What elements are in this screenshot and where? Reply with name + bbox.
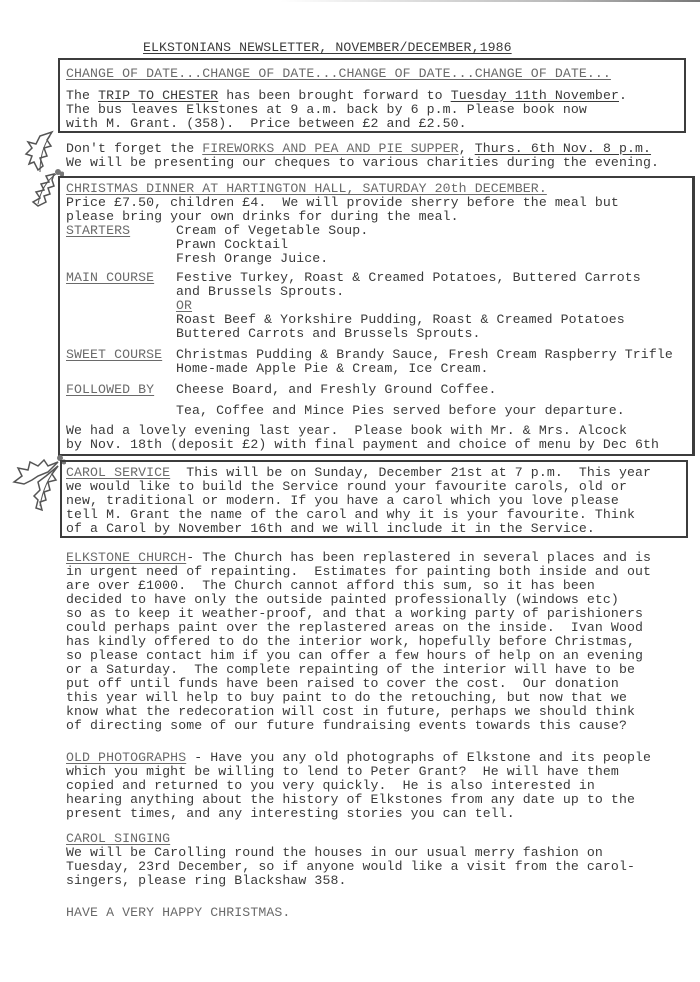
dinner-intro-2: please bring your own drinks for during … — [66, 209, 459, 224]
main-course-item: and Brussels Sprouts. — [176, 284, 344, 299]
or-label: OR — [176, 298, 192, 313]
main-course-alt-item: Roast Beef & Yorkshire Pudding, Roast & … — [176, 312, 625, 327]
text: Don't forget the — [66, 141, 202, 156]
main-course-alt-item: Buttered Carrots and Brussels Sprouts. — [176, 326, 481, 341]
sweet-course-label: SWEET COURSE — [66, 347, 162, 362]
text: This will be on Sunday, December 21st at… — [170, 465, 651, 480]
text: - Have you any old photographs of Elksto… — [186, 750, 651, 765]
starters-label: STARTERS — [66, 223, 130, 238]
dinner-intro-1: Price £7.50, children £4. We will provid… — [66, 195, 619, 210]
fireworks-line-2: We will be presenting our cheques to var… — [66, 155, 659, 170]
photos-line: which you might be willing to lend to Pe… — [66, 764, 619, 779]
carol-singing-line: singers, please ring Blackshaw 358. — [66, 873, 346, 888]
church-line: this year will help to buy paint to do t… — [66, 690, 627, 705]
church-line: has kindly offered to do the interior wo… — [66, 634, 635, 649]
church-line: are over £1000. The Church cannot afford… — [66, 578, 595, 593]
text: The — [66, 88, 98, 103]
carol-singing-line: Tuesday, 23rd December, so if anyone wou… — [66, 859, 635, 874]
carol-service-line-2: we would like to build the Service round… — [66, 479, 627, 494]
carol-service-line-5: of a Carol by November 16th and we will … — [66, 521, 595, 536]
church-line: put off until funds have been raised to … — [66, 676, 619, 691]
text: - The Church has been replastered in sev… — [186, 550, 651, 565]
church-line: in urgent need of repainting. Estimates … — [66, 564, 651, 579]
fireworks-event: FIREWORKS AND PEA AND PIE SUPPER — [202, 141, 458, 156]
main-course-label: MAIN COURSE — [66, 270, 154, 285]
fireworks-line-1: Don't forget the FIREWORKS AND PEA AND P… — [66, 141, 651, 156]
starter-item: Fresh Orange Juice. — [176, 251, 328, 266]
tea-note: Tea, Coffee and Mince Pies served before… — [176, 403, 625, 418]
chester-line-3: with M. Grant. (358). Price between £2 a… — [66, 116, 467, 131]
newsletter-title: ELKSTONIANS NEWSLETTER, NOVEMBER/DECEMBE… — [143, 40, 512, 55]
church-line: could perhaps paint over the replastered… — [66, 620, 643, 635]
carol-singing-line: We will be Carolling round the houses in… — [66, 845, 603, 860]
church-label: ELKSTONE CHURCH — [66, 550, 186, 565]
text: . — [619, 88, 627, 103]
change-of-date-banner: CHANGE OF DATE...CHANGE OF DATE...CHANGE… — [66, 66, 611, 81]
photos-line: OLD PHOTOGRAPHS - Have you any old photo… — [66, 750, 651, 765]
chester-line-1: The TRIP TO CHESTER has been brought for… — [66, 88, 627, 103]
text: , — [459, 141, 475, 156]
church-line: decided to have only the outside painted… — [66, 592, 619, 607]
trip-date: Tuesday 11th November — [451, 88, 619, 103]
main-course-item: Festive Turkey, Roast & Creamed Potatoes… — [176, 270, 641, 285]
church-line: of directing some of our future fundrais… — [66, 718, 627, 733]
starter-item: Prawn Cocktail — [176, 237, 288, 252]
church-line: ELKSTONE CHURCH- The Church has been rep… — [66, 550, 651, 565]
church-line: so as to keep it weather-proof, and that… — [66, 606, 643, 621]
church-line: or a Saturday. The complete repainting o… — [66, 662, 635, 677]
closing-greeting: HAVE A VERY HAPPY CHRISTMAS. — [66, 905, 290, 920]
carol-service-label: CAROL SERVICE — [66, 465, 170, 480]
carol-service-line-3: new, traditional or modern. If you have … — [66, 493, 619, 508]
sweet-course-item: Christmas Pudding & Brandy Sauce, Fresh … — [176, 347, 673, 362]
carol-singing-label: CAROL SINGING — [66, 831, 170, 846]
starter-item: Cream of Vegetable Soup. — [176, 223, 368, 238]
sweet-course-item: Home-made Apple Pie & Cream, Ice Cream. — [176, 361, 489, 376]
carol-service-line-1: CAROL SERVICE This will be on Sunday, De… — [66, 465, 651, 480]
scan-edge — [0, 0, 700, 2]
trip-to-chester: TRIP TO CHESTER — [98, 88, 218, 103]
photos-line: present times, and any interesting stori… — [66, 806, 515, 821]
followed-by-label: FOLLOWED BY — [66, 382, 154, 397]
church-line: so please contact him if you can offer a… — [66, 648, 643, 663]
photos-label: OLD PHOTOGRAPHS — [66, 750, 186, 765]
booking-line-2: by Nov. 18th (deposit £2) with final pay… — [66, 437, 659, 452]
photos-line: copied and returned to you very quickly.… — [66, 778, 595, 793]
followed-by-item: Cheese Board, and Freshly Ground Coffee. — [176, 382, 497, 397]
photos-line: hearing anything about the history of El… — [66, 792, 635, 807]
booking-line-1: We had a lovely evening last year. Pleas… — [66, 423, 627, 438]
holly-decoration-icon — [14, 128, 64, 208]
text: has been brought forward to — [218, 88, 450, 103]
fireworks-date: Thurs. 6th Nov. 8 p.m. — [475, 141, 651, 156]
chester-line-2: The bus leaves Elkstones at 9 a.m. back … — [66, 102, 587, 117]
carol-service-line-4: tell M. Grant the name of the carol and … — [66, 507, 635, 522]
church-line: know what the redecoration will cost in … — [66, 704, 635, 719]
holly-decoration-icon — [8, 452, 66, 512]
dinner-heading: CHRISTMAS DINNER AT HARTINGTON HALL, SAT… — [66, 181, 547, 196]
